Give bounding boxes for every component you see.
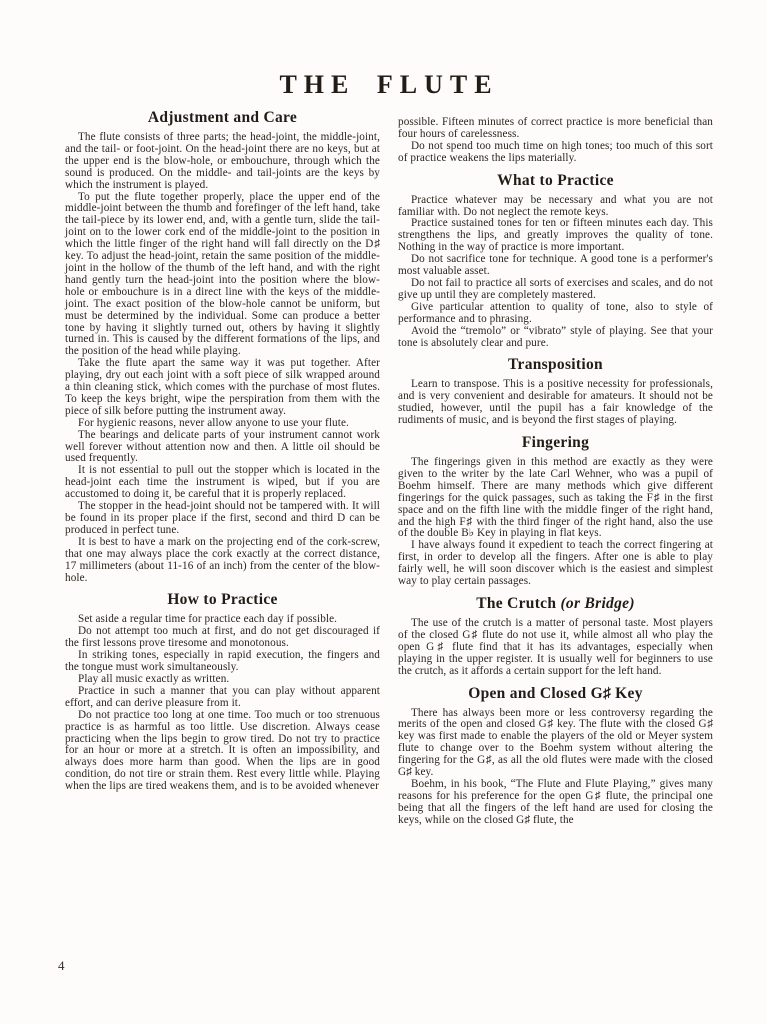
section-heading-transposition: Transposition (398, 356, 713, 374)
paragraph: Practice whatever may be necessary and w… (398, 195, 713, 219)
paragraph: Practice sustained tones for ten or fift… (398, 218, 713, 254)
section-heading-open-and-closed-g-sharp-key: Open and Closed G♯ Key (398, 685, 713, 703)
paragraph: Take the flute apart the same way it was… (65, 358, 380, 418)
two-column-layout: Adjustment and Care The flute consists o… (65, 109, 713, 827)
book-page: THE FLUTE Adjustment and Care The flute … (0, 0, 767, 1024)
paragraph: Do not spend too much time on high tones… (398, 141, 713, 165)
paragraph: Do not sacrifice tone for technique. A g… (398, 254, 713, 278)
paragraph: In striking tones, especially in rapid e… (65, 650, 380, 674)
paragraph: Learn to transpose. This is a positive n… (398, 379, 713, 427)
paragraph: The bearings and delicate parts of your … (65, 430, 380, 466)
section-heading-the-crutch: The Crutch (or Bridge) (398, 595, 713, 613)
paragraph-continuation: possible. Fifteen minutes of correct pra… (398, 117, 713, 141)
paragraph: To put the flute together properly, plac… (65, 192, 380, 359)
section-heading-how-to-practice: How to Practice (65, 591, 380, 609)
page-title: THE FLUTE (65, 70, 713, 100)
right-column: possible. Fifteen minutes of correct pra… (398, 109, 713, 827)
heading-text-italic: (or Bridge) (560, 595, 634, 612)
paragraph: Do not attempt too much at first, and do… (65, 626, 380, 650)
paragraph: Avoid the “tremolo” or “vibrato” style o… (398, 326, 713, 350)
heading-text: The Crutch (476, 595, 560, 612)
section-heading-what-to-practice: What to Practice (398, 172, 713, 190)
paragraph: The stopper in the head-joint should not… (65, 501, 380, 537)
paragraph: It is best to have a mark on the project… (65, 537, 380, 585)
paragraph: The use of the crutch is a matter of per… (398, 618, 713, 678)
paragraph: Do not practice too long at one time. To… (65, 710, 380, 793)
section-heading-adjustment-and-care: Adjustment and Care (65, 109, 380, 127)
left-column: Adjustment and Care The flute consists o… (65, 109, 380, 793)
paragraph: Do not fail to practice all sorts of exe… (398, 278, 713, 302)
paragraph: Give particular attention to quality of … (398, 302, 713, 326)
paragraph: The fingerings given in this method are … (398, 457, 713, 540)
paragraph: Boehm, in his book, “The Flute and Flute… (398, 779, 713, 827)
paragraph: For hygienic reasons, never allow anyone… (65, 418, 380, 430)
section-heading-fingering: Fingering (398, 434, 713, 452)
paragraph: I have always found it expedient to teac… (398, 540, 713, 588)
paragraph: The flute consists of three parts; the h… (65, 132, 380, 192)
paragraph: There has always been more or less contr… (398, 708, 713, 779)
paragraph: It is not essential to pull out the stop… (65, 465, 380, 501)
paragraph: Practice in such a manner that you can p… (65, 686, 380, 710)
page-number: 4 (58, 958, 65, 974)
